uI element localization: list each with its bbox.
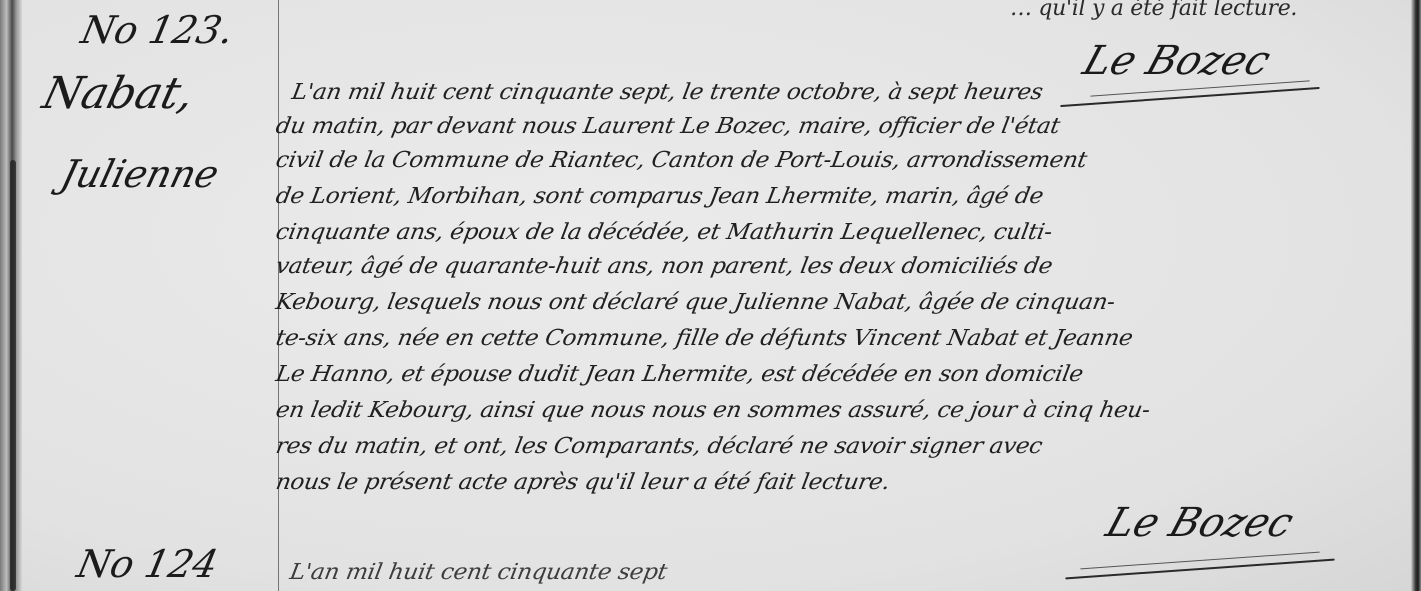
entry-number: No 123. — [77, 8, 237, 52]
signature-flourish — [1080, 552, 1319, 570]
entry-text-line: en ledit Kebourg, ainsi que nous nous en… — [274, 398, 1152, 423]
entry-text-line: de Lorient, Morbihan, sont comparus Jean… — [274, 184, 1045, 209]
entry-signature: Le Bozec — [1101, 500, 1300, 546]
signature-flourish — [1060, 87, 1320, 107]
next-entry-number: No 124 — [73, 542, 221, 586]
book-binding-right — [1411, 0, 1421, 591]
entry-text-line: du matin, par devant nous Laurent Le Boz… — [274, 114, 1062, 139]
margin-surname: Nabat, — [38, 68, 200, 119]
margin-given-name: Julienne — [57, 152, 224, 196]
entry-text-line: vateur, âgé de quarante-huit ans, non pa… — [274, 254, 1055, 279]
entry-text-line: Le Hanno, et épouse dudit Jean Lhermite,… — [274, 362, 1085, 387]
entry-text-line: te-six ans, née en cette Commune, fille … — [274, 326, 1135, 351]
previous-entry-signature: Le Bozec — [1078, 38, 1277, 84]
register-page-scan: … qu'il y a été fait lecture. Le Bozec N… — [0, 0, 1421, 591]
entry-text-line: cinquante ans, époux de la décédée, et M… — [274, 220, 1054, 245]
next-entry-first-line: L'an mil huit cent cinquante sept — [288, 560, 669, 585]
entry-text-line: L'an mil huit cent cinquante sept, le tr… — [290, 80, 1045, 105]
entry-text-line: civil de la Commune de Riantec, Canton d… — [274, 148, 1089, 173]
book-binding-left — [0, 0, 22, 591]
previous-entry-closing-line: … qu'il y a été fait lecture. — [1010, 0, 1297, 21]
entry-text-line: res du matin, et ont, les Comparants, dé… — [274, 434, 1044, 459]
signature-flourish — [1065, 559, 1334, 580]
entry-text-line: Kebourg, lesquels nous ont déclaré que J… — [274, 290, 1117, 315]
entry-text-line: nous le présent acte après qu'il leur a … — [274, 470, 892, 495]
